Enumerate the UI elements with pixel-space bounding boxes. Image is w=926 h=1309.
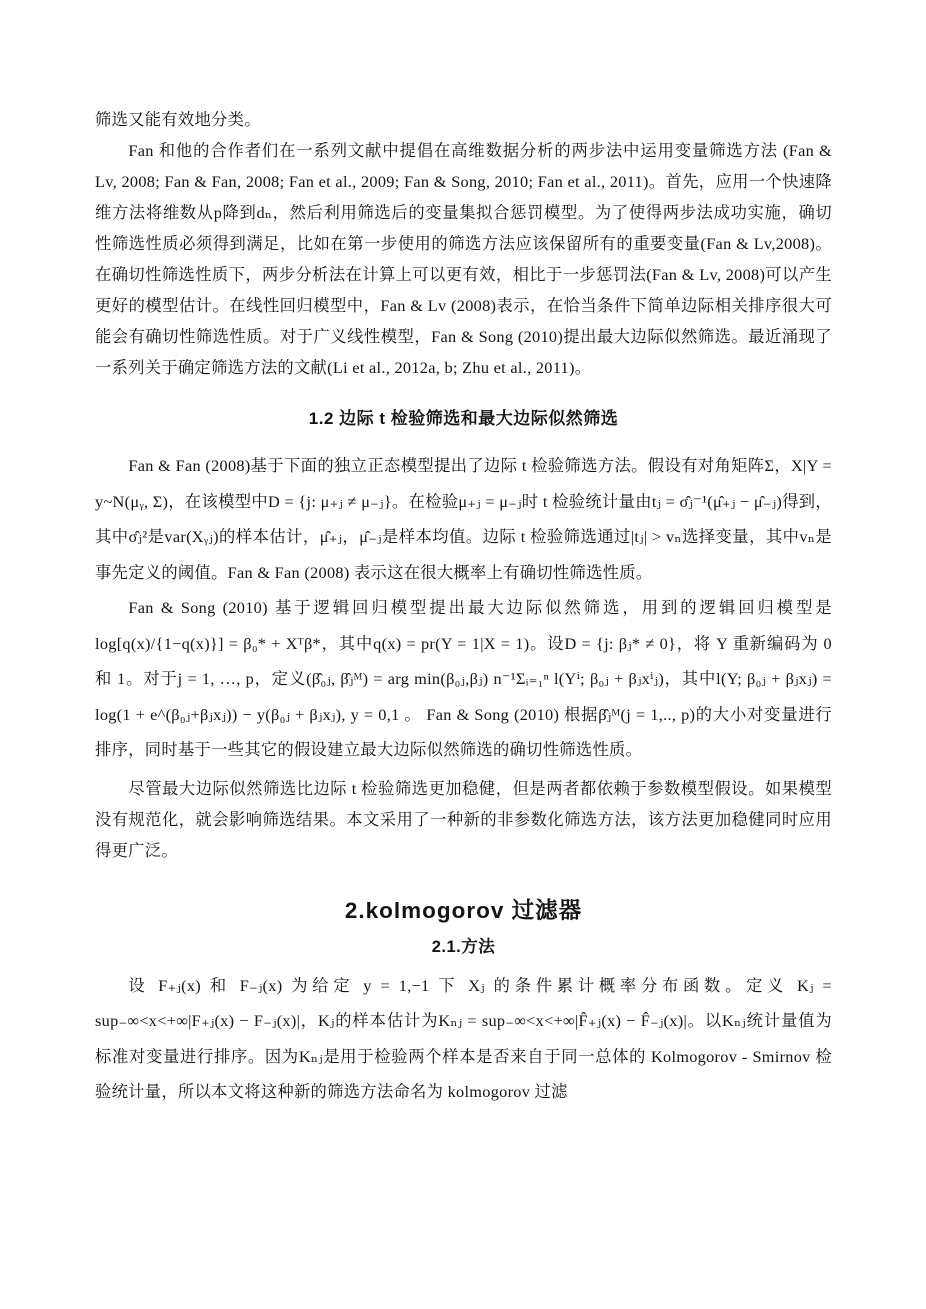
intro-continuation-paragraph: 筛选又能有效地分类。 xyxy=(95,104,832,135)
section-1-2-heading: 1.2 边际 t 检验筛选和最大边际似然筛选 xyxy=(95,407,832,431)
document-page: 筛选又能有效地分类。 Fan 和他的合作者们在一系列文献中提倡在高维数据分析的两… xyxy=(0,0,926,1309)
marginal-t-test-paragraph: Fan & Fan (2008)基于下面的独立正态模型提出了边际 t 检验筛选方… xyxy=(95,448,832,590)
robustness-paragraph: 尽管最大边际似然筛选比边际 t 检验筛选更加稳健，但是两者都依赖于参数模型假设。… xyxy=(95,773,832,866)
section-2-1-heading: 2.1.方法 xyxy=(95,936,832,958)
two-step-screening-paragraph: Fan 和他的合作者们在一系列文献中提倡在高维数据分析的两步法中运用变量筛选方法… xyxy=(95,135,832,383)
max-marginal-likelihood-paragraph: Fan & Song (2010) 基于逻辑回归模型提出最大边际似然筛选，用到的… xyxy=(95,590,832,768)
kolmogorov-method-paragraph: 设 F₊ⱼ(x) 和 F₋ⱼ(x) 为给定 y = 1,−1 下 Xⱼ 的条件累… xyxy=(95,968,832,1110)
section-2-heading: 2.kolmogorov 过滤器 xyxy=(95,896,832,926)
